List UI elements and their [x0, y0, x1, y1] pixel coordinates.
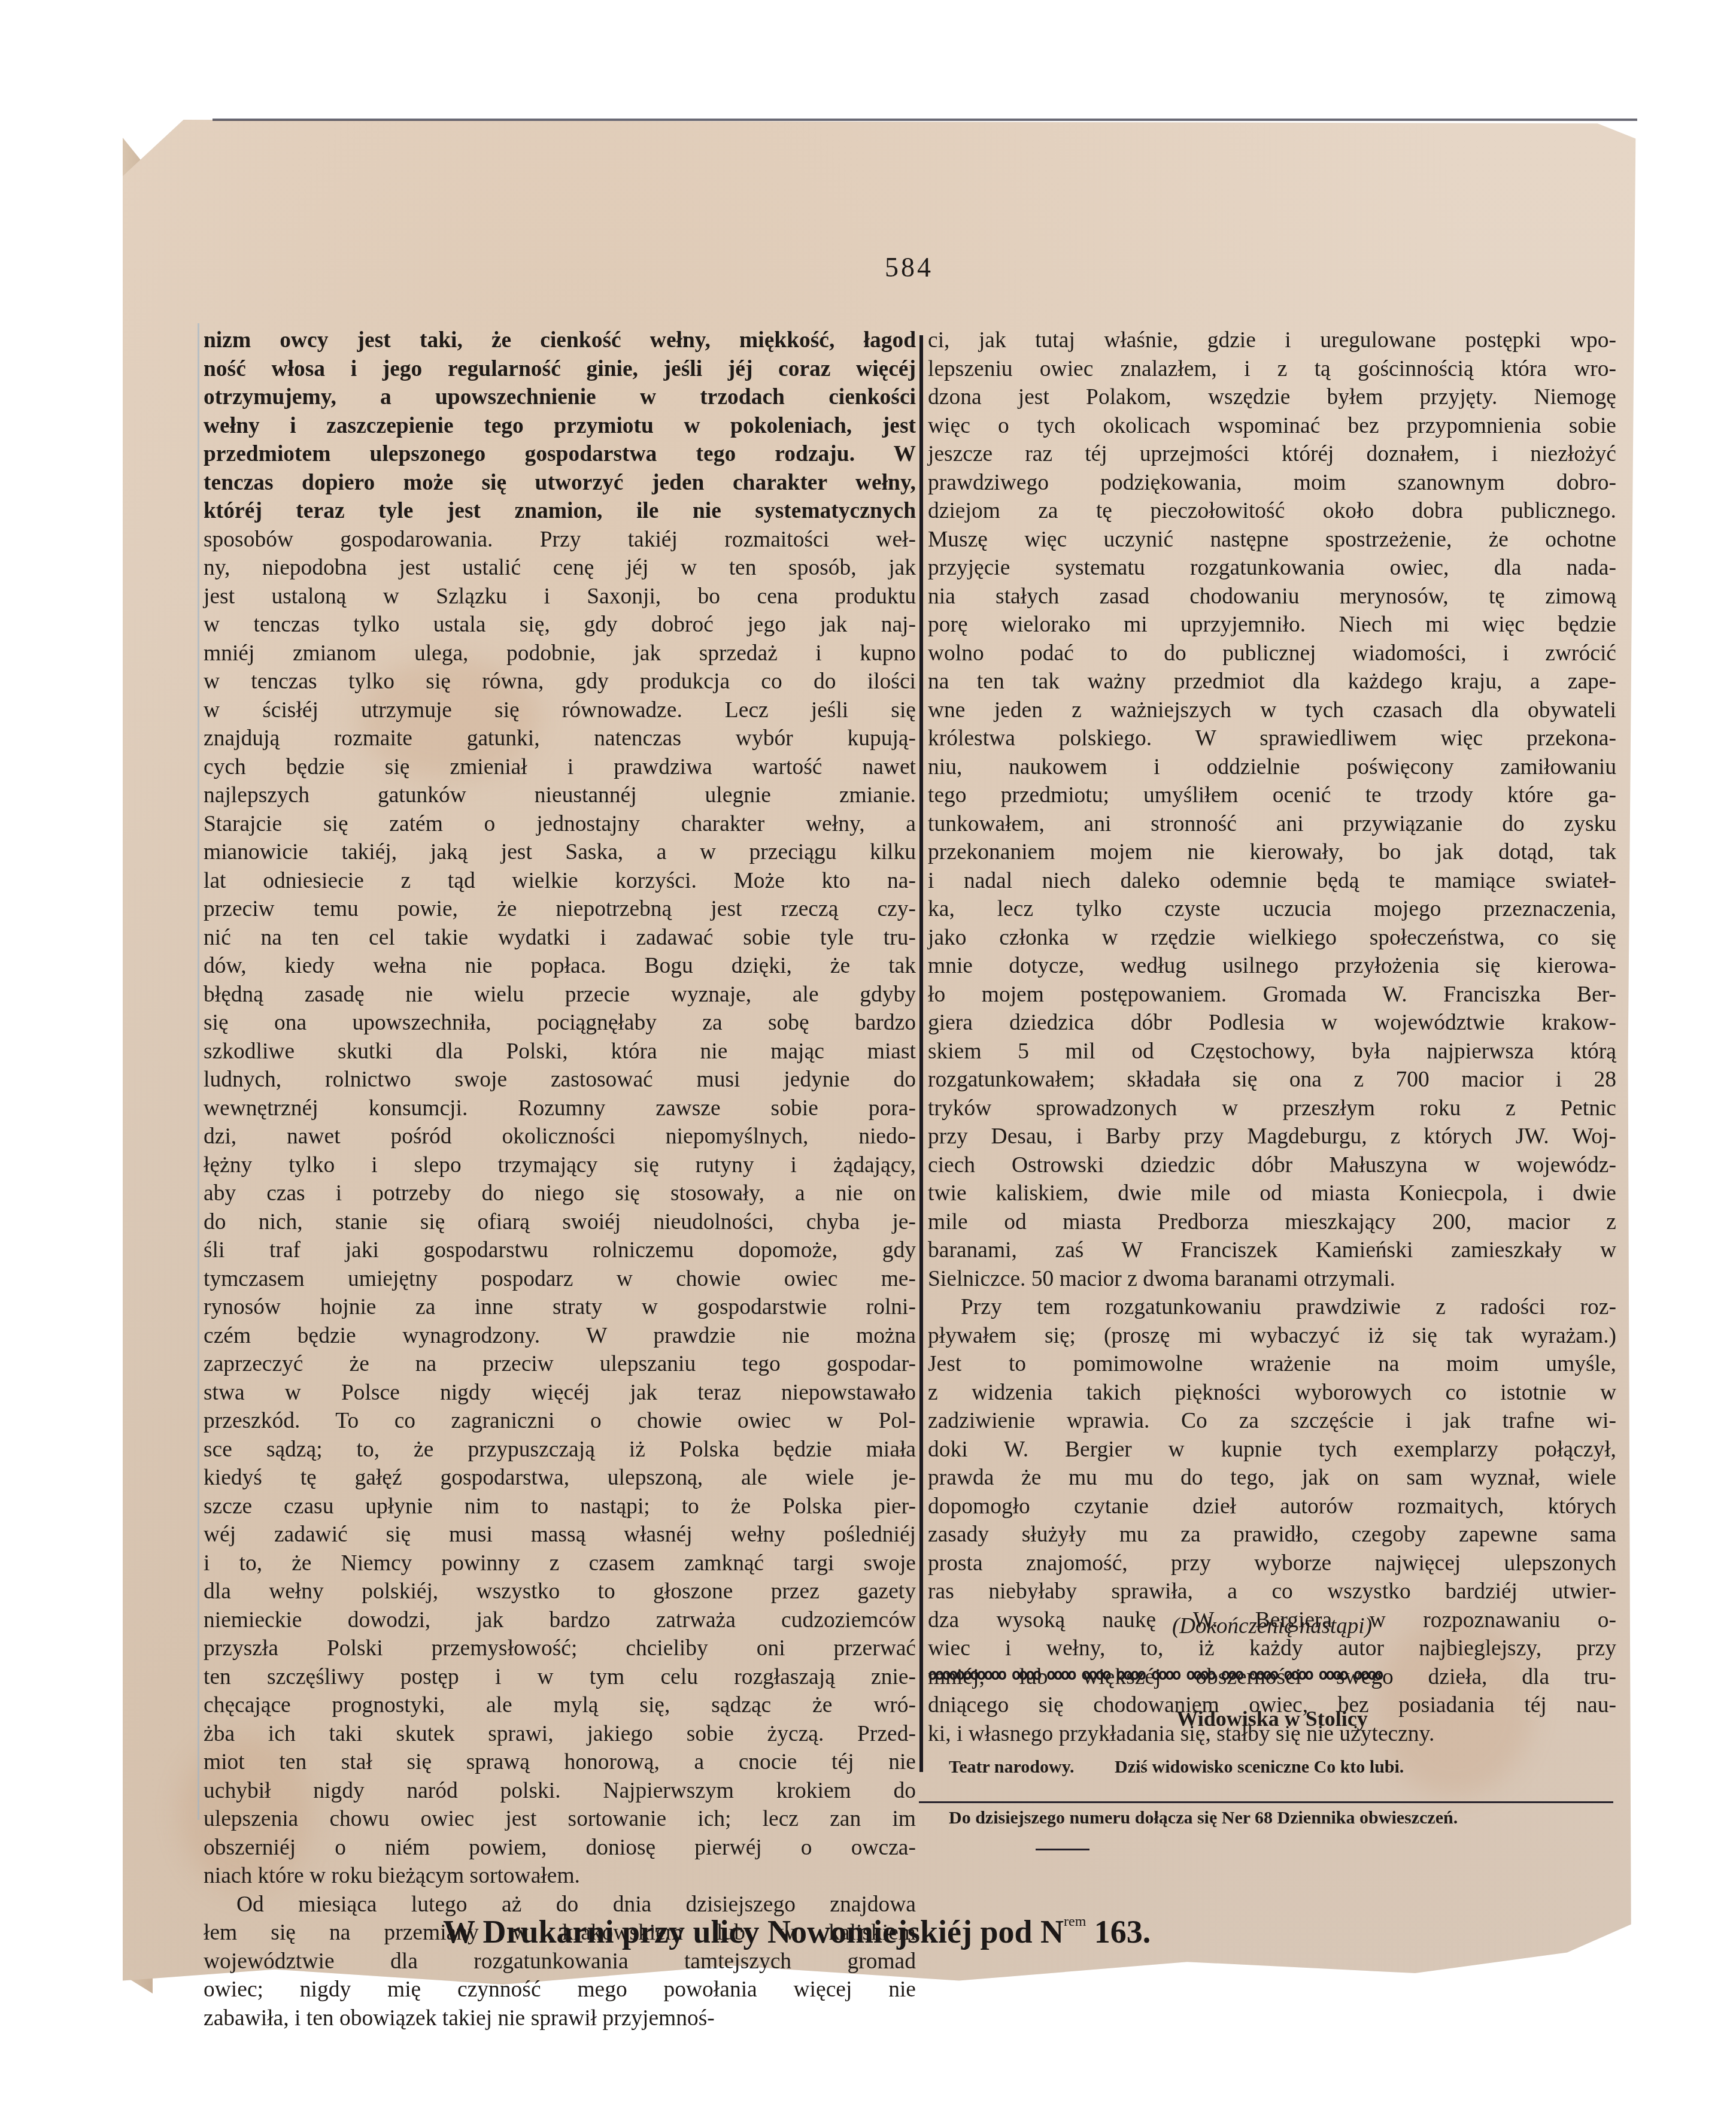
text-line: przyszła Polski przemysłowość; chcieliby… [204, 1634, 916, 1663]
text-line: wewnętrznéj konsumcji. Rozumny zawsze so… [204, 1094, 916, 1123]
text-line: skiem 5 mil od Częstochowy, była najpier… [928, 1037, 1616, 1066]
text-line: dów, kiedy wełna nie popłaca. Bogu dzięk… [204, 952, 916, 981]
text-line: niach które w roku bieżącym sortowałem. [204, 1862, 916, 1891]
text-line: ras niebyłaby sprawiła, a co wszystko ba… [928, 1577, 1616, 1606]
text-line: lepszeniu owiec znalazłem, i z tą gościn… [928, 355, 1616, 384]
text-line: żba ich taki skutek sprawi, jakiego sobi… [204, 1720, 916, 1749]
text-line: Sielniczce. 50 macior z dwoma baranami o… [928, 1265, 1616, 1294]
text-line: przeciw temu powie, że niepotrzebną jest… [204, 895, 916, 924]
text-line: przy Desau, i Barby przy Magdeburgu, z k… [928, 1122, 1616, 1151]
text-line: dzi, nawet pośród okoliczności niepomyśl… [204, 1122, 916, 1151]
text-line: znajdują rozmaite gatunki, natenczas wyb… [204, 724, 916, 753]
text-line: owiec; nigdy mię czynność mego powołania… [204, 1976, 916, 2004]
text-line: tunkowałem, ani stronność ani przywiązan… [928, 810, 1616, 839]
text-line: nizm owcy jest taki, że cienkość wełny, … [204, 326, 916, 355]
horizontal-rule [919, 1801, 1613, 1803]
text-line: dzona jest Polakom, wszędzie byłem przyj… [928, 383, 1616, 412]
text-line: niu, naukowem i oddzielnie poświęcony za… [928, 753, 1616, 782]
text-line: jako członka w rzędzie wielkiego społecz… [928, 924, 1616, 952]
text-line: jest ustaloną w Szlązku i Saxonji, bo ce… [204, 582, 916, 611]
text-line: błędną zasadę nie wielu przecie wyznaje,… [204, 981, 916, 1009]
text-line: wne jeden z ważniejszych w tych czasach … [928, 696, 1616, 725]
text-line: porę wielorako mi uprzyjemniło. Niech mi… [928, 611, 1616, 639]
text-line: nia stałych zasad chodowaniu merynosów, … [928, 582, 1616, 611]
text-line: dla wełny polskiéj, wszystko to głoszone… [204, 1577, 916, 1606]
text-line: otrzymujemy, a upowszechnienie w trzodac… [204, 383, 916, 412]
text-line: rozgatunkowałem; składała się ona z 700 … [928, 1066, 1616, 1094]
text-line: Przy tem rozgatunkowaniu prawdziwie z ra… [928, 1293, 1616, 1322]
text-line: chęcające prognostyki, ale mylą się, sąd… [204, 1691, 916, 1720]
text-line: rynosów hojnie za inne straty w gospodar… [204, 1293, 916, 1322]
text-line: doki W. Bergier w kupnie tych exemplarzy… [928, 1436, 1616, 1464]
text-line: w ścisłéj utrzymuje się równowadze. Lecz… [204, 696, 916, 725]
text-line: kiedyś tę gałęź gospodarstwa, ulepszoną,… [204, 1464, 916, 1492]
text-line: zabawiła, i ten obowiązek takiej nie spr… [204, 2004, 916, 2033]
text-line: ten szczęśliwy postęp i w tym celu rozgł… [204, 1663, 916, 1692]
text-line: ludnych, rolnictwo swoje zastosować musi… [204, 1066, 916, 1094]
text-line: miot ten stał się sprawą honorową, a cno… [204, 1748, 916, 1777]
text-line: ci, jak tutaj właśnie, gdzie i uregulowa… [928, 326, 1616, 355]
imprint-superscript: rem [1064, 1914, 1086, 1929]
printer-imprint: W Drukarni przy ulicy Nowomiejskiéj pod … [443, 1913, 1341, 1950]
text-line: jeszcze raz téj uprzejmości któréj dozna… [928, 440, 1616, 469]
ornamental-divider: ooooooooooo oooo oooo oooo oooo oooo ooo… [928, 1666, 1604, 1684]
theatre-notice: Teatr narodowy. Dziś widowisko sceniczne… [949, 1757, 1607, 1777]
text-line: sce sądzą; to, że przypuszczają iż Polsk… [204, 1436, 916, 1464]
text-line: się ona upowszechniła, pociągnęłaby za s… [204, 1009, 916, 1037]
text-line: lat odniesiecie z tąd wielkie korzyści. … [204, 867, 916, 896]
text-line: szcze czasu upłynie nim to nastąpi; to ż… [204, 1492, 916, 1521]
text-line: zaprzeczyć że na przeciw ulepszaniu tego… [204, 1350, 916, 1379]
text-line: na ten tak ważny przedmiot dla każdego k… [928, 667, 1616, 696]
page-top-edge [213, 119, 1637, 121]
text-line: zadziwienie wprawia. Co za szczęście i j… [928, 1407, 1616, 1436]
text-line: zasady służyły mu za prawidło, czegoby z… [928, 1521, 1616, 1549]
text-line: przekonaniem mojem nie kierowały, bo jak… [928, 838, 1616, 867]
text-line: prawdziwego podziękowania, moim szanowny… [928, 469, 1616, 497]
left-column: nizm owcy jest taki, że cienkość wełny, … [204, 326, 916, 2032]
text-line: pływałem się; (proszę mi wybaczyć iż się… [928, 1322, 1616, 1351]
text-line: i nadal niech daleko odemnie będą te mam… [928, 867, 1616, 896]
text-line: tenczas dopiero może się utworzyć jeden … [204, 469, 916, 497]
text-line: Jest to pomimowolne wrażenie na moim umy… [928, 1350, 1616, 1379]
text-line: przedmiotem ulepszonego gospodarstwa teg… [204, 440, 916, 469]
section-title: Widowiska w Stolicy [928, 1706, 1616, 1731]
text-line: ność włosa i jego regularność ginie, jeś… [204, 355, 916, 384]
text-line: dziejom za tę pieczołowitość około dobra… [928, 497, 1616, 526]
right-column: ci, jak tutaj właśnie, gdzie i uregulowa… [928, 326, 1616, 1748]
text-line: w tenczas tylko się równa, gdy produkcja… [204, 667, 916, 696]
text-line: mniéj zmianom ulega, podobnie, jak sprze… [204, 639, 916, 668]
text-line: obszerniéj o niém powiem, doniosę pierwé… [204, 1834, 916, 1862]
imprint-number: 163. [1094, 1914, 1151, 1950]
supplement-note: Do dzisiejszego numeru dołącza się Ner 6… [949, 1808, 1613, 1828]
text-line: twie kaliskiem, dwie mile od miasta Koni… [928, 1179, 1616, 1208]
text-line: sposobów gospodarowania. Przy takiéj roz… [204, 526, 916, 554]
text-line: ka, lecz tylko czyste uczucia mojego prz… [928, 895, 1616, 924]
text-line: stwa w Polsce nigdy więcéj jak teraz nie… [204, 1379, 916, 1407]
text-line: nić na ten cel takie wydatki i zadawać s… [204, 924, 916, 952]
text-line: aby czas i potrzeby do niego się stosowa… [204, 1179, 916, 1208]
text-line: wełny i zaszczepienie tego przymiotu w p… [204, 412, 916, 441]
text-line: najlepszych gatunków nieustannéj ulegnie… [204, 781, 916, 810]
text-line: łężny tylko i slepo trzymający się rutyn… [204, 1151, 916, 1180]
text-line: ciech Ostrowski dziedzic dóbr Małuszyna … [928, 1151, 1616, 1180]
text-line: wéj zadawić się musi massą własnéj wełny… [204, 1521, 916, 1549]
text-line: ulepszenia chowu owiec jest sortowanie i… [204, 1805, 916, 1834]
theatre-label: Teatr narodowy. [949, 1757, 1075, 1777]
text-line: mile od miasta Predborza mieszkający 200… [928, 1208, 1616, 1237]
text-line: wolno podać to do publicznej wiadomości,… [928, 639, 1616, 668]
left-margin-rule [198, 323, 199, 1820]
theatre-show: Dziś widowisko sceniczne Co kto lubi. [1115, 1757, 1404, 1777]
text-line: dopomogło czytanie dzieł autorów rozmait… [928, 1492, 1616, 1521]
text-line: Muszę więc uczynić następne spostrzeżeni… [928, 526, 1616, 554]
text-line: śli traf jaki gospodarstwu rolniczemu do… [204, 1236, 916, 1265]
text-line: ło mojem postępowaniem. Gromada W. Franc… [928, 981, 1616, 1009]
text-line: przyjęcie systematu rozgatunkowania owie… [928, 554, 1616, 582]
column-divider [919, 335, 923, 1772]
text-line: królestwa polskiego. W sprawiedliwem wię… [928, 724, 1616, 753]
text-line: niemieckie dowodzi, jak bardzo zatrważa … [204, 1606, 916, 1635]
text-line: z widzenia takich piękności wyborowych c… [928, 1379, 1616, 1407]
continuation-note: (Dokończenię nastąpi) [928, 1613, 1616, 1639]
page-number: 584 [885, 251, 933, 283]
text-line: cych będzie się zmieniał i prawdziwa war… [204, 753, 916, 782]
text-line: czém będzie wynagrodzony. W prawdzie nie… [204, 1322, 916, 1351]
text-line: uchybił nigdy naród polski. Najpierwszym… [204, 1777, 916, 1806]
text-line: Starajcie się zatém o jednostajny charak… [204, 810, 916, 839]
text-line: tego przedmiotu; umyśliłem ocenić te trz… [928, 781, 1616, 810]
short-rule [1036, 1849, 1089, 1850]
text-line: tryków sprowadzonych w przeszłym roku z … [928, 1094, 1616, 1123]
text-line: któréj teraz tyle jest znamion, ile nie … [204, 497, 916, 526]
text-line: giera dziedzica dóbr Podlesia w wojewódz… [928, 1009, 1616, 1037]
text-line: w tenczas tylko ustala się, gdy dobroć j… [204, 611, 916, 639]
text-line: prawda że mu mu do tego, jak on sam wyzn… [928, 1464, 1616, 1492]
text-line: prosta znajomość, przy wyborze najwięcej… [928, 1549, 1616, 1578]
text-line: tymczasem umiejętny pospodarz w chowie o… [204, 1265, 916, 1294]
text-line: szkodliwe skutki dla Polski, która nie m… [204, 1037, 916, 1066]
text-line: do nich, stanie się ofiarą swoiéj nieudo… [204, 1208, 916, 1237]
text-line: baranami, zaś W Franciszek Kamieński zam… [928, 1236, 1616, 1265]
text-line: przeszkód. To co zagraniczni o chowie ow… [204, 1407, 916, 1436]
text-line: i to, że Niemcy powinny z czasem zamknąć… [204, 1549, 916, 1578]
text-line: mianowicie takiéj, jaką jest Saska, a w … [204, 838, 916, 867]
text-line: ny, niepodobna jest ustalić cenę jéj w t… [204, 554, 916, 582]
text-line: więc o tych okolicach wspominać bez przy… [928, 412, 1616, 441]
text-line: województwie dla rozgatunkowania tamtejs… [204, 1947, 916, 1976]
imprint-text: W Drukarni przy ulicy Nowomiejskiéj pod … [443, 1914, 1064, 1950]
text-line: mnie dotycze, według usilnego przyłożeni… [928, 952, 1616, 981]
